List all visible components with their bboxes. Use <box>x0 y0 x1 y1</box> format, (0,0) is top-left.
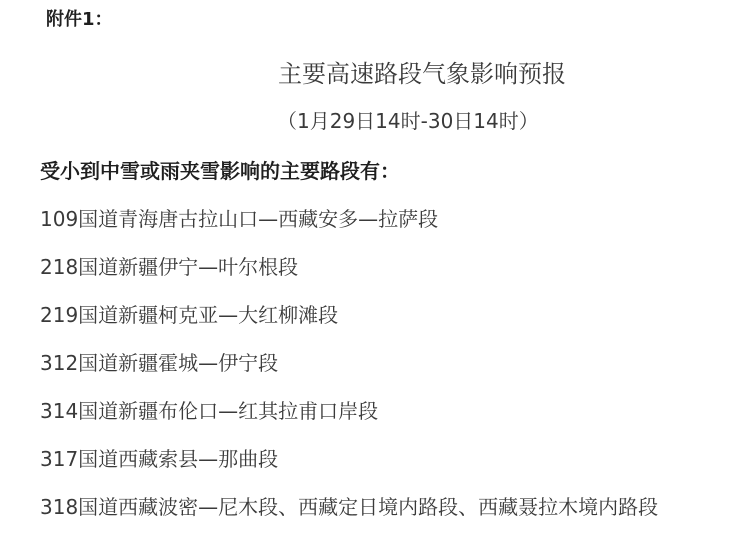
road-line-219: 219国道新疆柯克亚—大红柳滩段 <box>40 303 338 327</box>
road-line-218: 218国道新疆伊宁—叶尔根段 <box>40 255 298 279</box>
road-line-312: 312国道新疆霍城—伊宁段 <box>40 351 278 375</box>
road-line-314: 314国道新疆布伦口—红其拉甫口岸段 <box>40 399 378 423</box>
road-line-317: 317国道西藏索县—那曲段 <box>40 447 278 471</box>
road-line-318: 318国道西藏波密—尼木段、西藏定日境内路段、西藏聂拉木境内路段 <box>40 495 658 519</box>
road-line-109: 109国道青海唐古拉山口—西藏安多—拉萨段 <box>40 207 438 231</box>
attachment-label: 附件1： <box>46 9 113 31</box>
forecast-period: （1月29日14时-30日14时） <box>277 109 539 133</box>
document-title: 主要高速路段气象影响预报 <box>278 60 566 89</box>
section-heading: 受小到中雪或雨夹雪影响的主要路段有： <box>40 159 400 183</box>
document-page: 附件1： 主要高速路段气象影响预报 （1月29日14时-30日14时） 受小到中… <box>0 0 750 551</box>
